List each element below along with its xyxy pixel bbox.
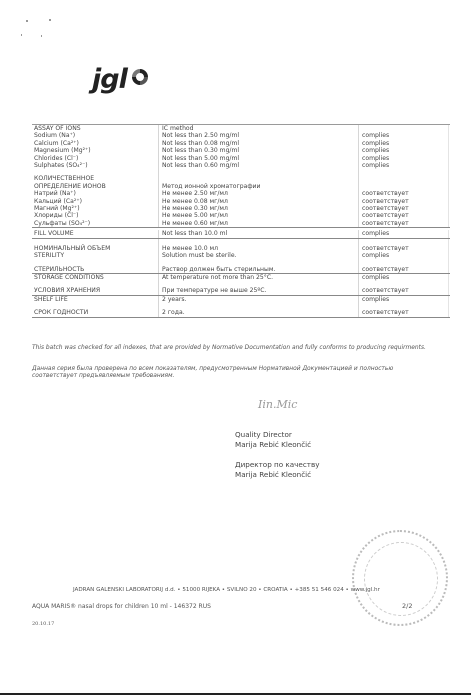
requirement-cell: Не менее 0.60 мг/мл (158, 220, 358, 227)
test-results-table: ASSAY OF IONS IC method Sodium (Na⁺) Not… (32, 124, 450, 318)
result-cell: соответствует (358, 245, 449, 252)
signatory-title-en: Quality Director (235, 430, 311, 440)
signatory-name-ru: Marija Rebić Kleončić (235, 470, 319, 480)
result-cell: complies (358, 155, 449, 162)
table-row-sterility: STERILITY Solution must be sterile. comp… (32, 252, 450, 259)
official-stamp (352, 530, 448, 626)
page-number: 2/2 (402, 602, 412, 610)
requirement-cell: 2 года. (158, 309, 358, 316)
signatory-block-ru: Директор по качеству Marija Rebić Kleonč… (235, 460, 319, 479)
table-row: Натрий (Na⁺) Не менее 2.50 мг/мл соответ… (32, 190, 450, 197)
result-cell: соответствует (358, 309, 449, 316)
scan-speck (41, 35, 42, 37)
param-cell: FILL VOLUME (32, 230, 158, 237)
company-logo: jgl (92, 64, 150, 95)
param-cell: Magnesium (Mg²⁺) (32, 147, 158, 154)
param-cell: Магний (Mg²⁺) (32, 205, 158, 212)
table-row: Магний (Mg²⁺) Не менее 0.30 мг/мл соотве… (32, 205, 450, 212)
param-cell: Сульфаты (SO₄²⁻) (32, 220, 158, 227)
conformity-note-ru: Данная серия была проверена по всем пока… (32, 366, 432, 381)
table-row: Calcium (Ca²⁺) Not less than 0.08 mg/ml … (32, 140, 450, 147)
param-cell: Натрий (Na⁺) (32, 190, 158, 197)
result-cell (358, 175, 449, 182)
table-row-shelf-life-ru: СРОК ГОДНОСТИ 2 года. соответствует (32, 309, 450, 317)
result-cell: соответствует (358, 220, 449, 227)
result-cell: complies (358, 274, 449, 281)
signatory-title-ru: Директор по качеству (235, 460, 319, 470)
signatory-block-en: Quality Director Marija Rebić Kleončić (235, 430, 311, 449)
param-cell: ASSAY OF IONS (32, 125, 158, 132)
result-cell: complies (358, 230, 449, 237)
requirement-cell: Не менее 0.30 мг/мл (158, 205, 358, 212)
result-cell: complies (358, 296, 449, 303)
result-cell: complies (358, 132, 449, 139)
table-row: ASSAY OF IONS IC method (32, 124, 450, 132)
param-cell: Chlorides (Cl⁻) (32, 155, 158, 162)
result-cell (358, 183, 449, 190)
requirement-cell: IC method (158, 125, 358, 132)
table-row-sterility-ru: СТЕРИЛЬНОСТЬ Раствор должен быть стериль… (32, 266, 450, 274)
table-row: КОЛИЧЕСТВЕННОЕ (32, 175, 450, 182)
result-cell: complies (358, 147, 449, 154)
param-cell: Хлориды (Cl⁻) (32, 212, 158, 219)
signatory-name-en: Marija Rebić Kleončić (235, 440, 311, 450)
table-row: Chlorides (Cl⁻) Not less than 5.00 mg/ml… (32, 155, 450, 162)
result-cell: соответствует (358, 205, 449, 212)
page-bottom-edge (0, 693, 471, 695)
param-cell: SHELF LIFE (32, 296, 158, 303)
param-cell: STERILITY (32, 252, 158, 259)
result-cell: соответствует (358, 190, 449, 197)
result-cell (358, 125, 449, 132)
scan-speck (49, 19, 51, 21)
param-cell: Кальций (Ca²⁺) (32, 198, 158, 205)
requirement-cell: Not less than 2.50 mg/ml (158, 132, 358, 139)
table-row-shelf-life: SHELF LIFE 2 years. complies (32, 296, 450, 303)
requirement-cell: Not less than 0.60 mg/ml (158, 162, 358, 169)
logo-text: jgl (92, 64, 127, 95)
table-row-storage-ru: УСЛОВИЯ ХРАНЕНИЯ При температуре не выше… (32, 287, 450, 295)
param-cell: Sodium (Na⁺) (32, 132, 158, 139)
param-cell: УСЛОВИЯ ХРАНЕНИЯ (32, 287, 158, 294)
requirement-cell: Раствор должен быть стерильным. (158, 266, 358, 273)
requirement-cell: При температуре не выше 25ºC. (158, 287, 358, 294)
requirement-cell: At temperature not more than 25°C. (158, 274, 358, 281)
requirement-cell: Not less than 0.30 mg/ml (158, 147, 358, 154)
requirement-cell: Метод ионной хроматографии (158, 183, 358, 190)
result-cell: соответствует (358, 266, 449, 273)
requirement-cell: Не менее 5.00 мг/мл (158, 212, 358, 219)
table-row: Кальций (Ca²⁺) Не менее 0.08 мг/мл соотв… (32, 198, 450, 205)
requirement-cell: Not less than 5.00 mg/ml (158, 155, 358, 162)
result-cell: соответствует (358, 198, 449, 205)
table-row-nominal-volume: НОМИНАЛЬНЫЙ ОБЪЕМ Не менее 10.0 мл соотв… (32, 245, 450, 252)
conformity-note-en: This batch was checked for all indexes, … (32, 345, 432, 352)
param-cell: КОЛИЧЕСТВЕННОЕ (32, 175, 158, 182)
document-date: 20.10.17 (32, 621, 54, 627)
result-cell: complies (358, 140, 449, 147)
table-row: ОПРЕДЕЛЕНИЕ ИОНОВ Метод ионной хроматогр… (32, 183, 450, 190)
param-cell: Calcium (Ca²⁺) (32, 140, 158, 147)
requirement-cell: 2 years. (158, 296, 358, 303)
table-row: Sodium (Na⁺) Not less than 2.50 mg/ml co… (32, 132, 450, 139)
company-address-line: JADRAN GALENSKI LABORATORIJ d.d. • 51000… (73, 587, 380, 593)
result-cell: соответствует (358, 287, 449, 294)
table-row: Sulphates (SO₄²⁻) Not less than 0.60 mg/… (32, 162, 450, 169)
table-row: Magnesium (Mg²⁺) Not less than 0.30 mg/m… (32, 147, 450, 154)
circular-arrows-icon (130, 67, 150, 87)
stamp-inner-ring (364, 542, 438, 616)
table-row-storage: STORAGE CONDITIONS At temperature not mo… (32, 274, 450, 281)
requirement-cell: Не менее 10.0 мл (158, 245, 358, 252)
param-cell: СТЕРИЛЬНОСТЬ (32, 266, 158, 273)
result-cell: complies (358, 162, 449, 169)
param-cell: СРОК ГОДНОСТИ (32, 309, 158, 316)
result-cell: complies (358, 252, 449, 259)
product-line: AQUA MARIS® nasal drops for children 10 … (32, 603, 211, 610)
table-row-fill-volume: FILL VOLUME Not less than 10.0 ml compli… (32, 228, 450, 238)
table-row: Сульфаты (SO₄²⁻) Не менее 0.60 мг/мл соо… (32, 220, 450, 228)
requirement-cell: Not less than 0.08 mg/ml (158, 140, 358, 147)
requirement-cell: Не менее 0.08 мг/мл (158, 198, 358, 205)
param-cell: STORAGE CONDITIONS (32, 274, 158, 281)
param-cell: Sulphates (SO₄²⁻) (32, 162, 158, 169)
scan-speck (21, 34, 22, 36)
table-row: Хлориды (Cl⁻) Не менее 5.00 мг/мл соотве… (32, 212, 450, 219)
requirement-cell (158, 175, 358, 182)
requirement-cell: Не менее 2.50 мг/мл (158, 190, 358, 197)
requirement-cell: Solution must be sterile. (158, 252, 358, 259)
requirement-cell: Not less than 10.0 ml (158, 230, 358, 237)
param-cell: НОМИНАЛЬНЫЙ ОБЪЕМ (32, 245, 158, 252)
signature-scribble: Iin.Mic (258, 398, 297, 411)
result-cell: соответствует (358, 212, 449, 219)
scan-speck (26, 20, 28, 22)
